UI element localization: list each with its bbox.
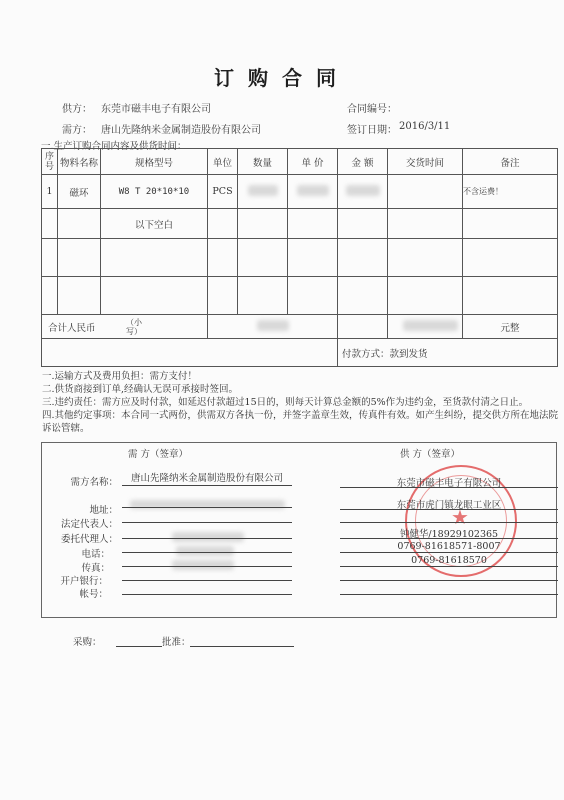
label-account: 帐号： (36, 586, 108, 600)
approve-label: 批准： (162, 634, 191, 648)
total-row: 合计人民币 （小写） 元整 (42, 315, 558, 339)
supplier-line (340, 509, 558, 510)
buyer-fax-redacted (172, 555, 234, 574)
document-title: 订购合同 (0, 62, 564, 91)
payment-method: 付款方式：款到发货 (338, 339, 558, 367)
buyer-name: 唐山先隆纳米金属制造股份有限公司 (101, 121, 261, 136)
header-remark: 备注 (463, 149, 558, 175)
cell-unit: PCS (208, 175, 238, 209)
term-3: 三.违约责任：需方应及时付款，如延迟付款超过15日的，则每天计算总金额的5%作为… (42, 396, 562, 409)
cell-delivery (388, 277, 463, 315)
cell-spec (101, 277, 208, 315)
supplier-name: 东莞市磁丰电子有限公司 (101, 100, 211, 115)
header-qty: 数量 (238, 149, 288, 175)
supplier-sign-heading: 供 方（签章） (400, 446, 460, 460)
purchase-sign-line (116, 646, 162, 647)
cell-amount (338, 239, 388, 277)
supplier-line (340, 566, 558, 567)
cell-qty (238, 209, 288, 239)
cell-price (288, 277, 338, 315)
total-small-value (208, 315, 338, 339)
buyer-line (122, 507, 292, 508)
payment-row: 付款方式：款到发货 (42, 339, 558, 367)
term-4: 四.其他约定事项：本合同一式两份，供需双方各执一份，并签字盖章生效，传真件有效。… (42, 409, 562, 435)
buyer-line (122, 485, 292, 486)
header-name: 物料名称 (58, 149, 101, 175)
cell-delivery (388, 239, 463, 277)
total-label-cell: 合计人民币 （小写） (42, 315, 208, 339)
header-unit: 单位 (208, 149, 238, 175)
supplier-line (340, 594, 558, 595)
table-row: 以下空白 (42, 209, 558, 239)
table-row: 1 磁环 W8 T 20*10*10 PCS 不含运费！ (42, 175, 558, 209)
cell-amount-redacted (338, 175, 388, 209)
buyer-name-value: 唐山先隆纳米金属制造股份有限公司 (122, 470, 292, 484)
term-2: 二.供货商接到订单,经确认无误可承接时签回。 (42, 383, 562, 396)
header-delivery: 交货时间 (388, 149, 463, 175)
total-spacer (338, 315, 388, 339)
cell-qty (238, 239, 288, 277)
supplier-line (340, 552, 558, 553)
supplier-line (340, 538, 558, 539)
order-items-table: 序号 物料名称 规格型号 单位 数量 单 价 金 额 交货时间 备注 1 磁环 … (41, 148, 558, 367)
supplier-line (340, 580, 558, 581)
cell-seq (42, 239, 58, 277)
supplier-phone-value: 0769-81618571-8007 (340, 541, 558, 552)
cell-price (288, 209, 338, 239)
cell-spec: 以下空白 (101, 209, 208, 239)
term-1: 一.运输方式及费用负担：需方支付！ (42, 370, 562, 383)
approve-sign-line (190, 646, 294, 647)
buyer-address-redacted (130, 494, 285, 513)
cell-remark (463, 239, 558, 277)
cell-name: 磁环 (58, 175, 101, 209)
cell-name (58, 277, 101, 315)
table-header-row: 序号 物料名称 规格型号 单位 数量 单 价 金 额 交货时间 备注 (42, 149, 558, 175)
supplier-line (340, 487, 558, 488)
cell-unit (208, 209, 238, 239)
cell-qty (238, 277, 288, 315)
buyer-line (122, 594, 292, 595)
label-bank: 开户银行： (36, 573, 108, 587)
buyer-line (122, 566, 292, 567)
cell-price (288, 239, 338, 277)
cell-seq: 1 (42, 175, 58, 209)
cell-delivery (388, 175, 463, 209)
cell-seq (42, 209, 58, 239)
buyer-line (122, 538, 292, 539)
total-label: 合计人民币 (48, 323, 96, 334)
supplier-label: 供方： (62, 100, 92, 115)
cell-unit (208, 239, 238, 277)
cell-spec (101, 239, 208, 277)
cell-unit (208, 277, 238, 315)
buyer-line (122, 552, 292, 553)
cell-amount (338, 277, 388, 315)
cell-price-redacted (288, 175, 338, 209)
cell-seq (42, 277, 58, 315)
label-agent: 委托代理人： (46, 531, 118, 545)
contract-terms: 一.运输方式及费用负担：需方支付！ 二.供货商接到订单,经确认无误可承接时签回。… (42, 370, 562, 435)
buyer-label: 需方： (62, 121, 92, 136)
label-buyer-name: 需方名称： (46, 474, 118, 488)
cell-qty-redacted (238, 175, 288, 209)
table-row (42, 277, 558, 315)
contract-no-label: 合同编号： (347, 100, 397, 115)
cell-spec: W8 T 20*10*10 (101, 175, 208, 209)
cell-remark (463, 277, 558, 315)
total-big-value (388, 315, 463, 339)
purchase-label: 采购： (73, 634, 102, 648)
total-small-note: （小写） (126, 318, 148, 336)
buyer-line (122, 580, 292, 581)
header-seq: 序号 (42, 149, 58, 175)
cell-name (58, 239, 101, 277)
sign-date: 2016/3/11 (399, 121, 450, 132)
buyer-line (122, 522, 292, 523)
header-price: 单 价 (288, 149, 338, 175)
cell-remark (463, 209, 558, 239)
supplier-line (340, 522, 558, 523)
cell-name (58, 209, 101, 239)
cell-amount (338, 209, 388, 239)
cell-remark: 不含运费！ (463, 175, 558, 209)
cell-delivery (388, 209, 463, 239)
header-amount: 金 额 (338, 149, 388, 175)
sign-date-label: 签订日期： (347, 121, 397, 136)
buyer-sign-heading: 需 方（签章） (128, 446, 188, 460)
payment-blank (42, 339, 338, 367)
label-fax: 传真： (38, 560, 110, 574)
total-unit: 元整 (463, 315, 558, 339)
label-legal-rep: 法定代表人： (46, 516, 118, 530)
header-spec: 规格型号 (101, 149, 208, 175)
label-phone: 电话： (38, 546, 110, 560)
label-address: 地址： (46, 502, 118, 516)
table-row (42, 239, 558, 277)
supplier-fax-value: 0769-81618570 (340, 555, 558, 566)
